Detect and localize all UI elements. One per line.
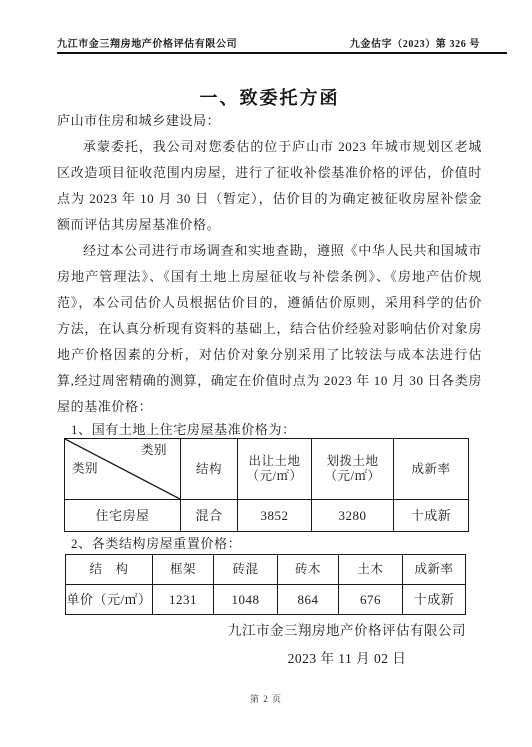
cell-earth-wood-price: 676 <box>339 585 403 615</box>
cell-granted-price: 3852 <box>238 500 312 532</box>
page-header: 九江市金三翔房地产价格评估有限公司 九金估字（2023）第 326 号 <box>57 35 480 50</box>
corner-label-left: 类别 <box>72 462 98 477</box>
cell-category: 住宅房屋 <box>65 500 181 532</box>
base-price-table: 类别 类别 结构 出让土地 （元/㎡） 划拨土地 （元/㎡） 成新率 住宅房屋 … <box>64 438 469 532</box>
column-header-condition: 成新率 <box>403 555 466 585</box>
cell-allocated-price: 3280 <box>312 500 394 532</box>
column-header-brick-wood: 砖木 <box>278 555 339 585</box>
cell-unit-price-label: 单价（元/㎡） <box>66 585 153 615</box>
paragraph-commission: 承蒙委托，我公司对您委估的位于庐山市 2023 年城市规划区老城区改造项目征收范… <box>57 134 482 238</box>
table-row: 单价（元/㎡） 1231 1048 864 676 十成新 <box>66 585 466 615</box>
cell-structure: 混合 <box>181 500 238 532</box>
header-company-name: 九江市金三翔房地产价格评估有限公司 <box>57 35 237 50</box>
document-page: 九江市金三翔房地产价格评估有限公司 九金估字（2023）第 326 号 一、致委… <box>0 0 532 747</box>
salutation: 庐山市住房和城乡建设局： <box>57 108 482 134</box>
header-divider <box>57 52 507 54</box>
corner-header-cell: 类别 类别 <box>65 439 181 500</box>
column-header-allocated-land: 划拨土地 （元/㎡） <box>312 439 394 500</box>
replacement-price-table: 结 构 框架 砖混 砖木 土木 成新率 单价（元/㎡） 1231 1048 86… <box>65 554 466 615</box>
paragraph-valuation: 经过本公司进行市场调查和实地查勘，遵照《中华人民共和国城市房地产管理法》、《国有… <box>57 238 482 420</box>
document-body: 庐山市住房和城乡建设局： 承蒙委托，我公司对您委估的位于庐山市 2023 年城市… <box>57 108 482 615</box>
column-header-structure: 结 构 <box>66 555 153 585</box>
signature-date: 2023 年 11 月 02 日 <box>222 647 472 667</box>
cell-condition: 十成新 <box>403 585 466 615</box>
cell-brick-wood-price: 864 <box>278 585 339 615</box>
list-2-heading: 2、各类结构房屋重置价格： <box>71 536 482 552</box>
cell-frame-price: 1231 <box>153 585 214 615</box>
column-header-structure: 结构 <box>181 439 238 500</box>
page-number: 第 2 页 <box>0 692 532 705</box>
corner-label-right: 类别 <box>141 443 167 458</box>
column-header-earth-wood: 土木 <box>339 555 403 585</box>
signature-block: 九江市金三翔房地产价格评估有限公司 2023 年 11 月 02 日 <box>222 619 472 667</box>
signature-company: 九江市金三翔房地产价格评估有限公司 <box>222 619 472 639</box>
cell-condition: 十成新 <box>394 500 469 532</box>
column-header-brick-concrete: 砖混 <box>214 555 278 585</box>
table-row: 住宅房屋 混合 3852 3280 十成新 <box>65 500 469 532</box>
section-title: 一、致委托方函 <box>57 84 482 110</box>
column-header-condition: 成新率 <box>394 439 469 500</box>
header-doc-number: 九金估字（2023）第 326 号 <box>350 35 480 50</box>
cell-brick-concrete-price: 1048 <box>214 585 278 615</box>
column-header-frame: 框架 <box>153 555 214 585</box>
list-1-heading: 1、国有土地上住宅房屋基准价格为： <box>71 422 482 437</box>
column-header-granted-land: 出让土地 （元/㎡） <box>238 439 312 500</box>
